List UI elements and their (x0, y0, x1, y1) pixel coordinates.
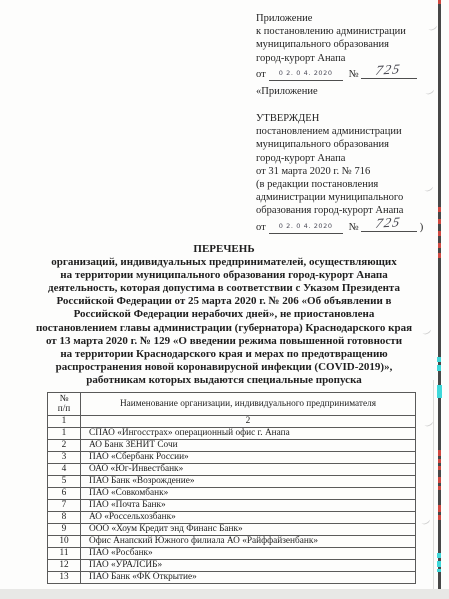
number-sign: № (349, 222, 359, 233)
title-line: от 13 марта 2020 г. № 129 «О введении ре… (28, 335, 420, 348)
org-name: ОАО «Юг-Инвестбанк» (81, 463, 416, 475)
from-label: от (256, 69, 266, 80)
date-number-line: от0 2. 0 4. 2020№725 (256, 66, 441, 81)
row-number: 6 (48, 487, 81, 499)
title-line: работникам которых выдаются специальные … (28, 374, 420, 387)
org-name: ПАО Банк «ФК Открытие» (81, 571, 416, 583)
org-name: СПАО «Ингосстрах» операционный офис г. А… (81, 427, 416, 439)
title-line: на территории Краснодарского края и мера… (28, 348, 420, 361)
document-title: ПЕРЕЧЕНЬ организаций, индивидуальных пре… (28, 243, 420, 387)
scan-mark-red (438, 231, 441, 236)
scan-squiggle (420, 516, 431, 525)
appendix-line: Приложение (256, 12, 441, 25)
number-field: 725 (361, 219, 417, 232)
column-number-cell: 2 (81, 416, 416, 428)
closing-paren: ) (420, 222, 424, 233)
title-line: распространения новой коронавирусной инф… (28, 361, 420, 374)
table-row: 4ОАО «Юг-Инвестбанк» (48, 463, 416, 475)
scan-bottom-band (0, 589, 449, 599)
table-row: 13ПАО Банк «ФК Открытие» (48, 571, 416, 583)
row-number: 13 (48, 571, 81, 583)
row-number: 12 (48, 559, 81, 571)
title-line: постановлением главы администрации (губе… (28, 322, 420, 335)
scan-mark-cyan (437, 561, 441, 567)
title-line: организаций, индивидуальных предпринимат… (28, 256, 420, 269)
scan-mark-red (438, 486, 441, 490)
date-stamp-field: 0 2. 0 4. 2020 (269, 221, 343, 234)
scan-mark-red (438, 515, 441, 520)
handwritten-number: 725 (375, 215, 402, 230)
approved-line: администрации муниципального (256, 191, 444, 204)
scan-mark-red (438, 459, 441, 463)
header-number-line2: п/п (51, 404, 77, 414)
header-number-cell: № п/п (48, 393, 81, 416)
scan-mark-red (438, 253, 441, 258)
approved-line: муниципального образования (256, 138, 444, 151)
table-row: 3ПАО «Сбербанк России» (48, 451, 416, 463)
approved-line: город-курорт Анапа (256, 152, 444, 165)
org-name: АО «Россельхозбанк» (81, 511, 416, 523)
date-stamp: 0 2. 0 4. 2020 (279, 222, 333, 230)
table-row: 1СПАО «Ингосстрах» операционный офис г. … (48, 427, 416, 439)
org-table-body: № п/п Наименование организации, индивиду… (48, 393, 416, 584)
approved-line: постановлением администрации (256, 125, 444, 138)
appendix-line: муниципального образования (256, 38, 441, 51)
scan-mark-cyan (437, 385, 442, 398)
approved-reference-block: УТВЕРЖДЕН постановлением администрации м… (256, 112, 444, 234)
scan-mark-cyan (437, 569, 441, 572)
scan-mark-red (438, 505, 441, 512)
row-number: 10 (48, 535, 81, 547)
scanned-document-page: Приложение к постановлению администрации… (0, 0, 449, 599)
row-number: 3 (48, 451, 81, 463)
scan-squiggle (421, 326, 432, 335)
scan-mark-red (438, 207, 441, 212)
scan-mark-red (438, 450, 441, 456)
approved-line: (в редакции постановления (256, 178, 444, 191)
table-row: 2АО Банк ЗЕНИТ Сочи (48, 439, 416, 451)
table-row: 7ПАО «Почта Банк» (48, 499, 416, 511)
table-header-row: № п/п Наименование организации, индивиду… (48, 393, 416, 416)
title-line: Российской Федерации нерабочих дней», не… (28, 308, 420, 321)
row-number: 8 (48, 511, 81, 523)
quote-open-label: «Приложение (256, 86, 318, 97)
org-name: ПАО «Росбанк» (81, 547, 416, 559)
scan-mark-cyan (437, 357, 441, 362)
row-number: 9 (48, 523, 81, 535)
row-number: 4 (48, 463, 81, 475)
from-label: от (256, 222, 266, 233)
org-name: АО Банк ЗЕНИТ Сочи (81, 439, 416, 451)
org-name: ПАО «Сбербанк России» (81, 451, 416, 463)
table-row: 12ПАО «УРАЛСИБ» (48, 559, 416, 571)
scan-mark-cyan (437, 365, 441, 371)
scan-mark-red (438, 243, 441, 248)
approved-line: образования город-курорт Анапа (256, 204, 444, 217)
row-number: 2 (48, 439, 81, 451)
page-edge-shadow (433, 380, 434, 599)
row-number: 7 (48, 499, 81, 511)
scan-mark-red (438, 0, 441, 4)
table-row: 8АО «Россельхозбанк» (48, 511, 416, 523)
table-row: 11ПАО «Росбанк» (48, 547, 416, 559)
number-field: 725 (361, 66, 417, 79)
handwritten-number: 725 (375, 62, 402, 77)
row-number: 11 (48, 547, 81, 559)
appendix-reference-block: Приложение к постановлению администрации… (256, 12, 441, 81)
org-name: ООО «Хоум Кредит энд Финанс Банк» (81, 523, 416, 535)
scan-mark-red (438, 466, 441, 470)
scan-mark-red (438, 219, 441, 224)
row-number: 5 (48, 475, 81, 487)
approved-line: от 31 марта 2020 г. № 716 (256, 165, 444, 178)
approved-heading: УТВЕРЖДЕН (256, 112, 444, 125)
date-number-line: от0 2. 0 4. 2020№725) (256, 219, 444, 234)
org-name: ПАО «УРАЛСИБ» (81, 559, 416, 571)
number-sign: № (349, 69, 359, 80)
title-line: Российской Федерации от 25 марта 2020 г.… (28, 295, 420, 308)
title-line: ПЕРЕЧЕНЬ (28, 243, 420, 256)
table-row: 5ПАО Банк «Возрождение» (48, 475, 416, 487)
title-line: на территории муниципального образования… (28, 269, 420, 282)
row-number: 1 (48, 427, 81, 439)
org-name: ПАО Банк «Возрождение» (81, 475, 416, 487)
org-name: Офис Анапский Южного филиала АО «Райффай… (81, 535, 416, 547)
column-numbering-row: 1 2 (48, 416, 416, 428)
table-row: 10Офис Анапский Южного филиала АО «Райфф… (48, 535, 416, 547)
table-row: 9ООО «Хоум Кредит энд Финанс Банк» (48, 523, 416, 535)
title-line: деятельность, которая допустима в соотве… (28, 282, 420, 295)
org-name: ПАО «Совкомбанк» (81, 487, 416, 499)
date-stamp-field: 0 2. 0 4. 2020 (269, 68, 343, 81)
scan-mark-cyan (437, 553, 441, 558)
appendix-line: к постановлению администрации (256, 25, 441, 38)
scan-squiggle (424, 86, 435, 95)
header-number-line1: № (51, 394, 77, 404)
column-number-cell: 1 (48, 416, 81, 428)
date-stamp: 0 2. 0 4. 2020 (279, 69, 333, 77)
header-name-cell: Наименование организации, индивидуальног… (81, 393, 416, 416)
organizations-table: № п/п Наименование организации, индивиду… (47, 392, 416, 584)
table-row: 6ПАО «Совкомбанк» (48, 487, 416, 499)
appendix-line: город-курорт Анапа (256, 52, 441, 65)
scan-mark-red (438, 477, 441, 483)
org-name: ПАО «Почта Банк» (81, 499, 416, 511)
